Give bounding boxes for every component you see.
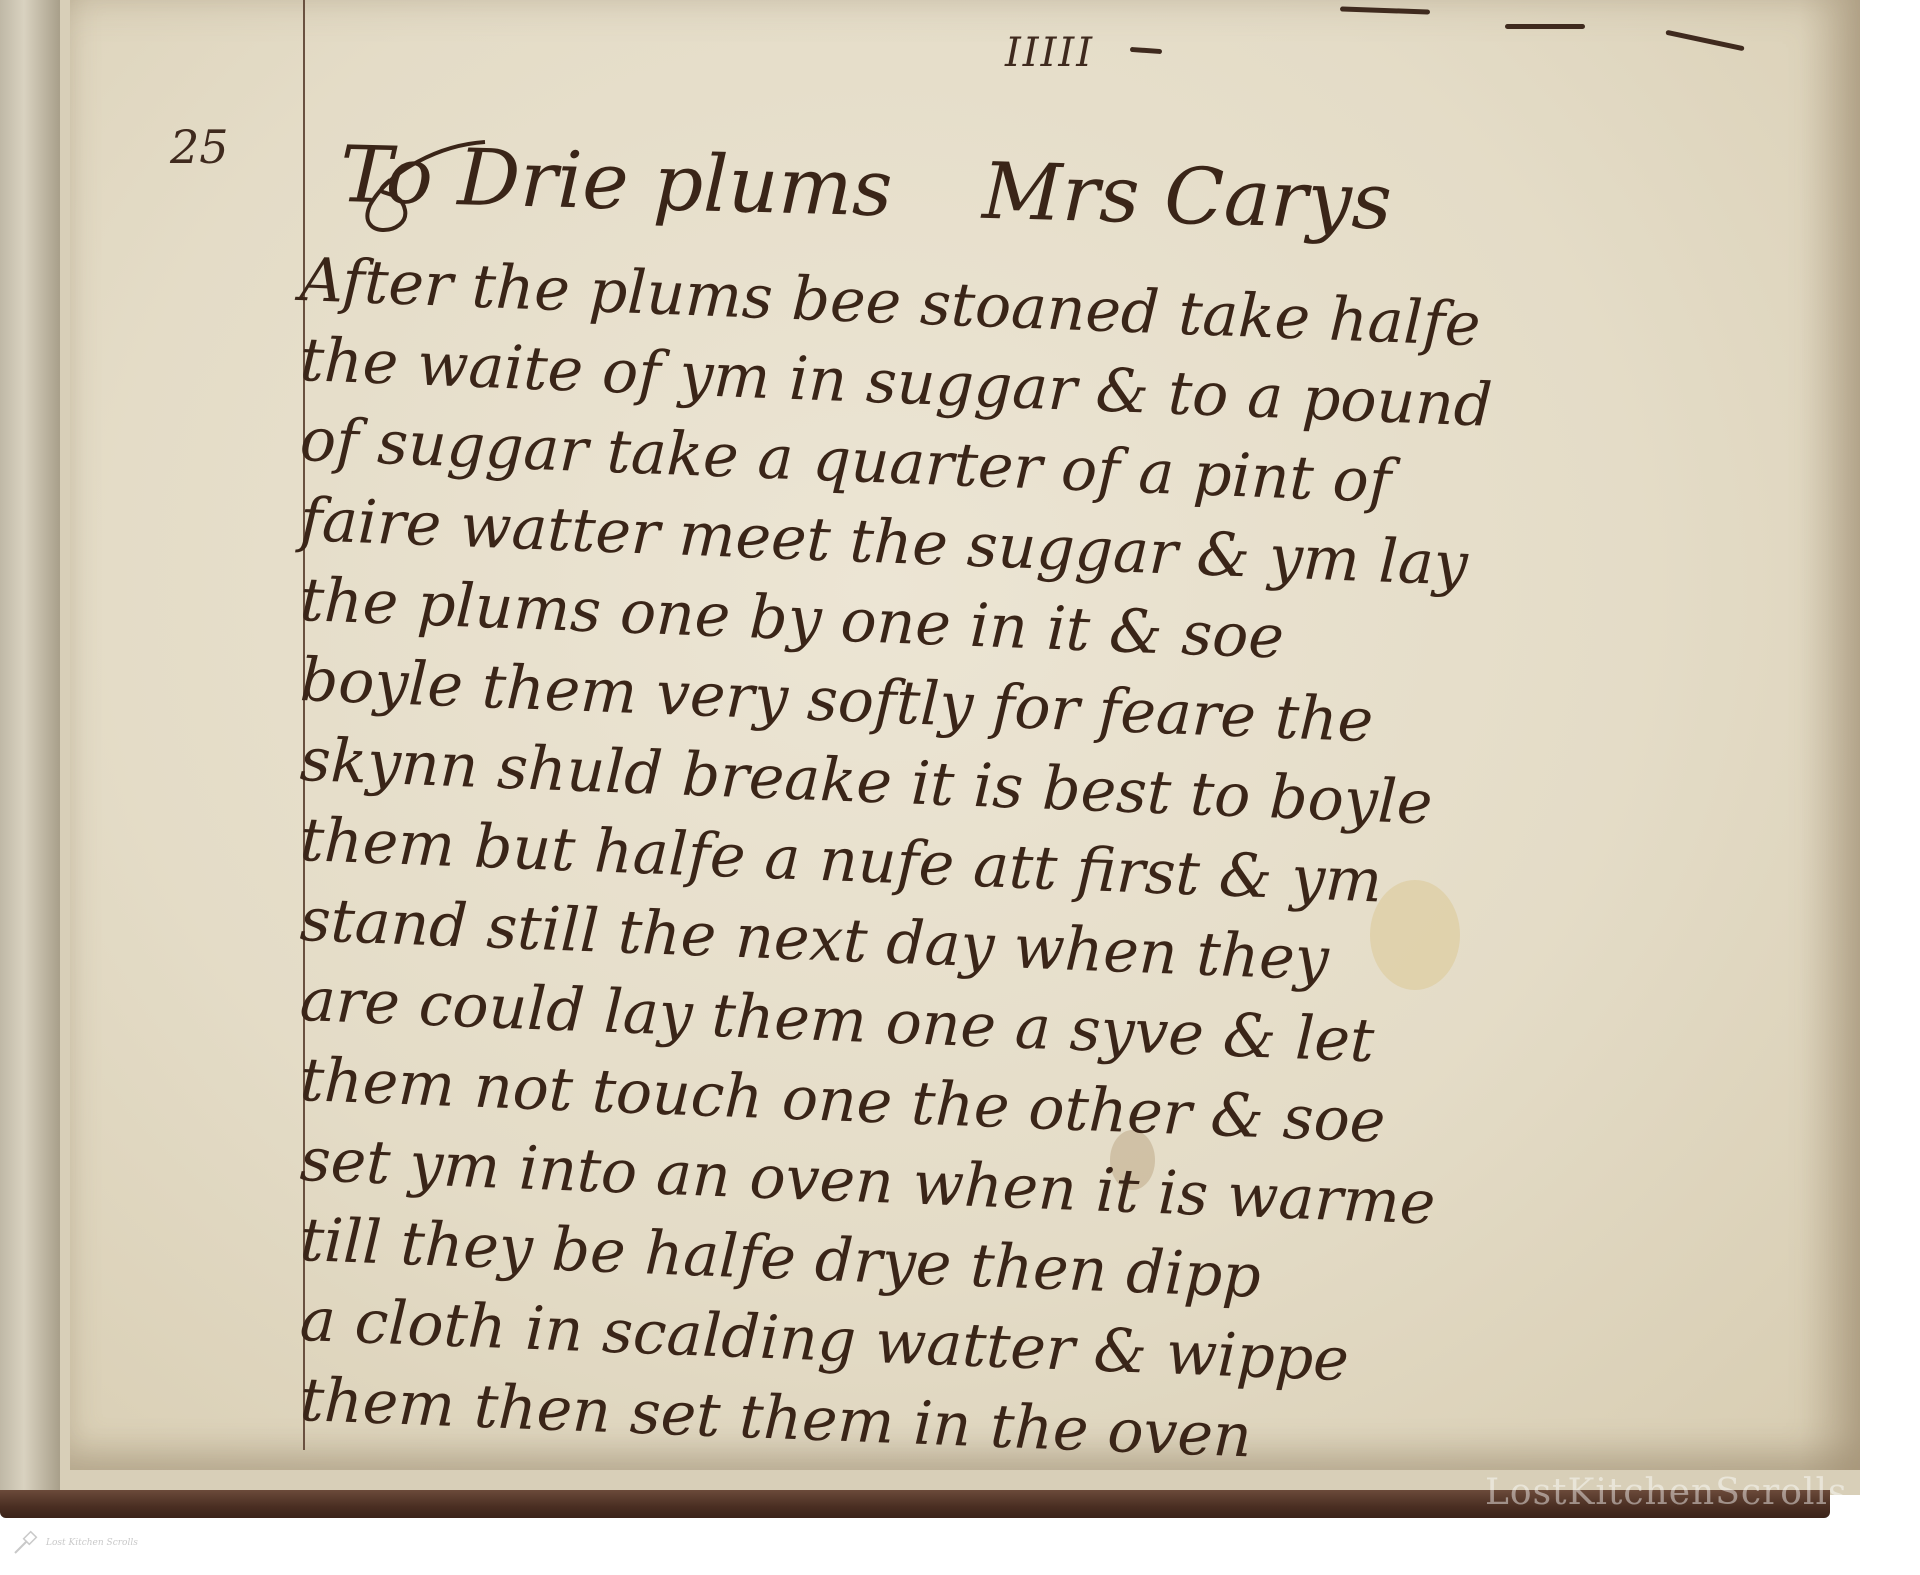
page-shadow <box>1800 0 1860 1470</box>
book-spine-edge <box>0 0 60 1505</box>
title-text: To Drie plums <box>339 130 894 234</box>
folio-number: 25 <box>170 120 229 174</box>
spatula-icon <box>12 1530 38 1556</box>
recipe-body: After the plums bee stoaned take halfe t… <box>300 240 1800 1440</box>
watermark: LostKitchenScrolls.org <box>1485 1472 1920 1513</box>
page-numeral: IIIII <box>1005 30 1094 76</box>
dash <box>1505 24 1585 29</box>
logo-text: Lost Kitchen Scrolls <box>46 1538 138 1548</box>
attribution: Mrs Carys <box>981 147 1393 248</box>
site-logo: Lost Kitchen Scrolls <box>12 1530 138 1556</box>
